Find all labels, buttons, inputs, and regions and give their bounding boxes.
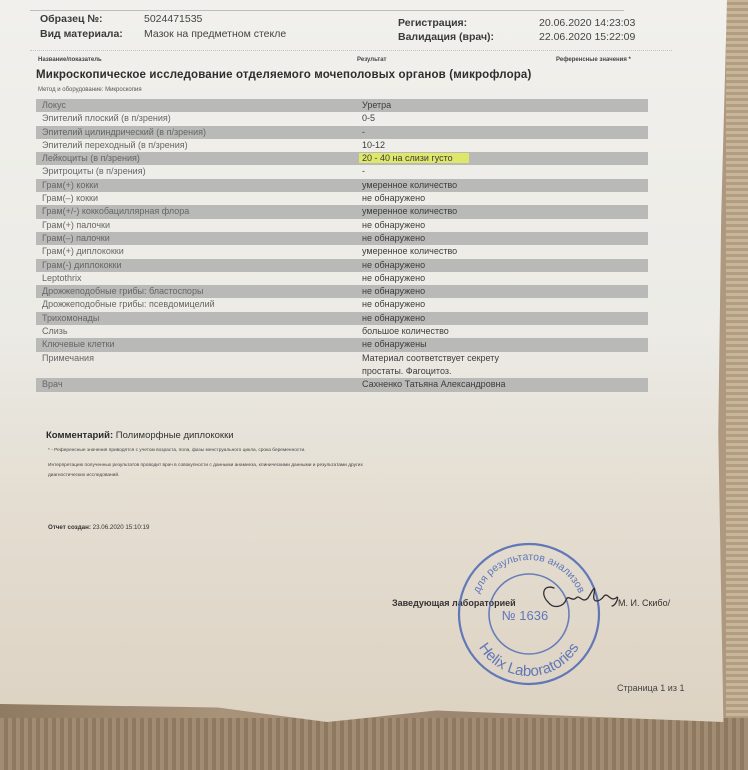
header-rule: [30, 10, 624, 11]
study-method: Метод и оборудование: Микроскопия: [38, 87, 142, 93]
table-row: Эпителий плоский (в п/зрения)0-5: [36, 112, 648, 125]
table-row: Эпителий цилиндрический (в п/зрения)-: [36, 126, 648, 139]
table-row: Грам(–) коккине обнаружено: [36, 192, 648, 205]
row-name: Локус: [36, 99, 346, 112]
row-value: 0-5: [346, 112, 648, 125]
comment: Комментарий: Полиморфные диплококки: [46, 430, 234, 441]
reference-footnote: * - Референсные значения приводятся с уч…: [48, 448, 306, 453]
table-row: Дрожжеподобные грибы: бластоспорыне обна…: [36, 285, 648, 298]
row-value: не обнаружено: [346, 192, 648, 205]
background-fabric-right: [726, 0, 748, 770]
row-value: большое количество: [346, 325, 648, 338]
table-row: Лейкоциты (в п/зрения)20 - 40 на слизи г…: [36, 152, 648, 165]
row-value: Уретра: [346, 99, 648, 112]
results-table: ЛокусУретраЭпителий плоский (в п/зрения)…: [36, 99, 648, 392]
row-name: Трихомонады: [36, 312, 346, 325]
table-row: Эпителий переходный (в п/зрения)10-12: [36, 139, 648, 152]
sample-label: Образец №:: [40, 13, 103, 25]
row-value: Материал соответствует секрету простаты.…: [346, 352, 542, 379]
table-row: Грам(+) коккиумеренное количество: [36, 179, 648, 192]
row-name: Грам(+) кокки: [36, 179, 346, 192]
signature-icon: [530, 580, 625, 620]
column-header-reference: Референсные значения *: [556, 57, 631, 63]
table-row: Ключевые клеткине обнаружены: [36, 338, 648, 351]
row-name: Эпителий цилиндрический (в п/зрения): [36, 126, 346, 139]
row-value: умеренное количество: [346, 179, 648, 192]
row-name: Дрожжеподобные грибы: псевдомицелий: [36, 298, 346, 311]
dotted-divider: [30, 50, 672, 51]
interpretation-note-1: Интерпретацию полученных результатов про…: [48, 463, 363, 468]
row-value: 10-12: [346, 139, 648, 152]
column-header-name: Название/показатель: [38, 57, 102, 63]
validation-label: Валидация (врач):: [398, 31, 494, 43]
row-value: не обнаружено: [346, 259, 648, 272]
table-row: Грам(+) палочкине обнаружено: [36, 219, 648, 232]
comment-text: Полиморфные диплококки: [116, 430, 234, 441]
row-name: Эпителий переходный (в п/зрения): [36, 139, 346, 152]
registration-value: 20.06.2020 14:23:03: [539, 17, 635, 29]
lab-report-page: Образец №: 5024471535 Вид материала: Маз…: [0, 0, 727, 722]
comment-label: Комментарий:: [46, 430, 113, 441]
table-row: Грам(+) диплококкиумеренное количество: [36, 245, 648, 258]
interpretation-note-2: диагностических исследований.: [48, 473, 119, 478]
report-created: Отчет создан: 23.06.2020 15:10:19: [48, 524, 149, 531]
study-title: Микроскопическое исследование отделяемог…: [36, 69, 531, 81]
table-row: Дрожжеподобные грибы: псевдомицелийне об…: [36, 298, 648, 311]
row-value: умеренное количество: [346, 245, 648, 258]
row-value: не обнаружено: [346, 298, 648, 311]
row-name: Врач: [36, 378, 346, 391]
table-row: Грам(+/-) коккобациллярная флораумеренно…: [36, 205, 648, 218]
row-value: не обнаружено: [346, 312, 648, 325]
row-name: Примечания: [36, 352, 346, 379]
table-row: Грам(-) диплококкине обнаружено: [36, 259, 648, 272]
row-name: Лейкоциты (в п/зрения): [36, 152, 346, 165]
row-name: Ключевые клетки: [36, 338, 346, 351]
row-value: не обнаружено: [346, 219, 648, 232]
row-name: Грам(+) палочки: [36, 219, 346, 232]
sample-value: 5024471535: [144, 13, 202, 25]
table-row: ЛокусУретра: [36, 99, 648, 112]
row-name: Грам(+) диплококки: [36, 245, 346, 258]
table-row: Грам(–) палочкине обнаружено: [36, 232, 648, 245]
row-value: -: [346, 165, 648, 178]
report-created-value: 23.06.2020 15:10:19: [93, 524, 150, 531]
table-row: Слизьбольшое количество: [36, 325, 648, 338]
row-value: -: [346, 126, 648, 139]
row-name: Грам(–) кокки: [36, 192, 346, 205]
row-value: не обнаружены: [346, 338, 648, 351]
row-name: Грам(–) палочки: [36, 232, 346, 245]
validation-value: 22.06.2020 15:22:09: [539, 31, 635, 43]
head-of-lab-name: М. И. Скибо/: [618, 598, 670, 608]
row-value: не обнаружено: [346, 232, 648, 245]
row-name: Грам(-) диплококки: [36, 259, 346, 272]
highlighted-value: 20 - 40 на слизи густо: [359, 153, 469, 163]
row-name: Эпителий плоский (в п/зрения): [36, 112, 346, 125]
table-row: ПримечанияМатериал соответствует секрету…: [36, 352, 648, 379]
registration-label: Регистрация:: [398, 17, 467, 29]
row-name: Leptothrix: [36, 272, 346, 285]
row-value: 20 - 40 на слизи густо: [346, 152, 648, 165]
background-fabric-bottom: [0, 718, 748, 770]
table-row: Leptothrixне обнаружено: [36, 272, 648, 285]
material-value: Мазок на предметном стекле: [144, 28, 286, 40]
row-value: не обнаружено: [346, 285, 648, 298]
row-name: Дрожжеподобные грибы: бластоспоры: [36, 285, 346, 298]
column-header-result: Результат: [357, 57, 386, 63]
row-value: Сахненко Татьяна Александровна: [346, 378, 648, 391]
table-row: Эритроциты (в п/зрения)-: [36, 165, 648, 178]
row-name: Эритроциты (в п/зрения): [36, 165, 346, 178]
row-value: умеренное количество: [346, 205, 648, 218]
row-value: не обнаружено: [346, 272, 648, 285]
row-name: Слизь: [36, 325, 346, 338]
table-row: ВрачСахненко Татьяна Александровна: [36, 378, 648, 391]
page-number: Страница 1 из 1: [617, 683, 684, 693]
row-name: Грам(+/-) коккобациллярная флора: [36, 205, 346, 218]
table-row: Трихомонадыне обнаружено: [36, 312, 648, 325]
report-created-label: Отчет создан:: [48, 524, 91, 531]
material-label: Вид материала:: [40, 28, 123, 40]
